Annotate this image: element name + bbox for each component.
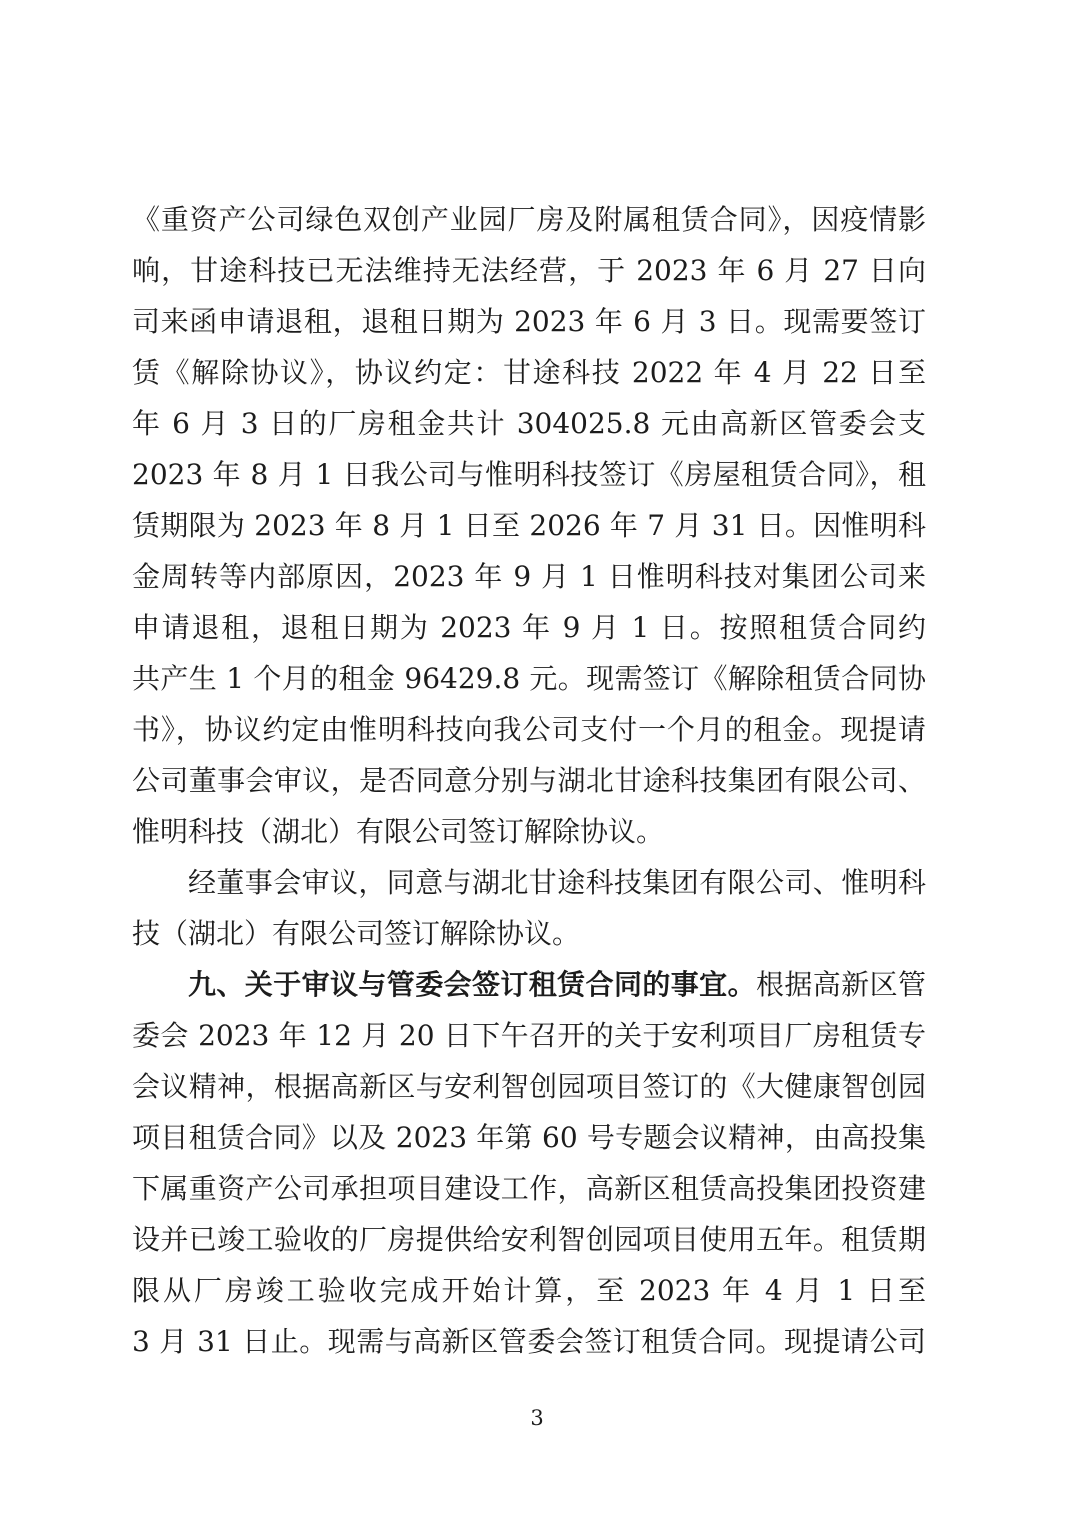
text-line: 项目租赁合同》以及 2023 年第 60 号专题会议精神，由高投集团 — [132, 1112, 926, 1163]
text-segment: 委会 2023 年 12 月 20 日下午召开的关于安利项目厂房租赁专题 — [132, 1019, 926, 1061]
text-segment: 下属重资产公司承担项目建设工作，高新区租赁高投集团投资建 — [132, 1172, 926, 1205]
text-segment: 司来函申请退租，退租日期为 2023 年 6 月 3 日。现需要签订租 — [132, 305, 926, 347]
text-segment: 2023 年 8 月 1 日我公司与惟明科技签订《房屋租赁合同》，租 — [132, 458, 926, 491]
text-segment: 设并已竣工验收的厂房提供给安利智创园项目使用五年。租赁期 — [132, 1223, 926, 1256]
text-line: 九、关于审议与管委会签订租赁合同的事宜。根据高新区管 — [132, 959, 926, 1010]
text-segment: 书》，协议约定由惟明科技向我公司支付一个月的租金。现提请 — [132, 713, 926, 746]
text-segment: 经董事会审议，同意与湖北甘途科技集团有限公司、惟明科 — [188, 866, 926, 899]
text-line: 响，甘途科技已无法维持无法经营，于 2023 年 6 月 27 日向我公 — [132, 245, 926, 296]
text-segment: 根据高新区管 — [756, 968, 926, 1001]
text-segment: 3 月 31 日止。现需与高新区管委会签订租赁合同。现提请公司 — [132, 1325, 926, 1358]
text-line: 技（湖北）有限公司签订解除协议。 — [132, 908, 926, 959]
text-line: 年 6 月 3 日的厂房租金共计 304025.8 元由高新区管委会支付。 — [132, 398, 926, 449]
heading-text-segment: 九、关于审议与管委会签订租赁合同的事宜。 — [188, 968, 756, 1001]
page-background: 《重资产公司绿色双创产业园厂房及附属租赁合同》，因疫情影响，甘途科技已无法维持无… — [0, 0, 1074, 1520]
text-segment: 赁期限为 2023 年 8 月 1 日至 2026 年 7 月 31 日。因惟明… — [132, 509, 926, 551]
text-line: 3 月 31 日止。现需与高新区管委会签订租赁合同。现提请公司 — [132, 1316, 926, 1367]
text-line: 《重资产公司绿色双创产业园厂房及附属租赁合同》，因疫情影 — [132, 194, 926, 245]
text-segment: 金周转等内部原因，2023 年 9 月 1 日惟明科技对集团公司来函 — [132, 560, 926, 602]
text-segment: 赁《解除协议》，协议约定：甘途科技 2022 年 4 月 22 日至 2023 — [132, 356, 926, 398]
text-line: 惟明科技（湖北）有限公司签订解除协议。 — [132, 806, 926, 857]
text-line: 经董事会审议，同意与湖北甘途科技集团有限公司、惟明科 — [132, 857, 926, 908]
text-line: 司来函申请退租，退租日期为 2023 年 6 月 3 日。现需要签订租 — [132, 296, 926, 347]
text-line: 2023 年 8 月 1 日我公司与惟明科技签订《房屋租赁合同》，租 — [132, 449, 926, 500]
text-segment: 响，甘途科技已无法维持无法经营，于 2023 年 6 月 27 日向我公 — [132, 254, 926, 296]
text-line: 金周转等内部原因，2023 年 9 月 1 日惟明科技对集团公司来函 — [132, 551, 926, 602]
document-text-block: 《重资产公司绿色双创产业园厂房及附属租赁合同》，因疫情影响，甘途科技已无法维持无… — [132, 194, 926, 1367]
text-segment: 惟明科技（湖北）有限公司签订解除协议。 — [132, 815, 664, 848]
text-line: 书》，协议约定由惟明科技向我公司支付一个月的租金。现提请 — [132, 704, 926, 755]
text-line: 下属重资产公司承担项目建设工作，高新区租赁高投集团投资建 — [132, 1163, 926, 1214]
text-line: 申请退租，退租日期为 2023 年 9 月 1 日。按照租赁合同约定， — [132, 602, 926, 653]
text-line: 共产生 1 个月的租金 96429.8 元。现需签订《解除租赁合同协议 — [132, 653, 926, 704]
text-line: 会议精神，根据高新区与安利智创园项目签订的《大健康智创园 — [132, 1061, 926, 1112]
text-segment: 共产生 1 个月的租金 96429.8 元。现需签订《解除租赁合同协议 — [132, 662, 926, 704]
text-segment: 会议精神，根据高新区与安利智创园项目签订的《大健康智创园 — [132, 1070, 926, 1103]
page-number: 3 — [0, 1403, 1074, 1433]
text-segment: 公司董事会审议，是否同意分别与湖北甘途科技集团有限公司、 — [132, 764, 926, 797]
text-segment: 限从厂房竣工验收完成开始计算，至 2023 年 4 月 1 日至 2028 年 — [132, 1274, 926, 1316]
text-segment: 申请退租，退租日期为 2023 年 9 月 1 日。按照租赁合同约定， — [132, 611, 926, 653]
text-segment: 项目租赁合同》以及 2023 年第 60 号专题会议精神，由高投集团 — [132, 1121, 926, 1163]
text-segment: 技（湖北）有限公司签订解除协议。 — [132, 917, 580, 950]
text-segment: 年 6 月 3 日的厂房租金共计 304025.8 元由高新区管委会支付。 — [132, 407, 926, 449]
text-segment: 《重资产公司绿色双创产业园厂房及附属租赁合同》，因疫情影 — [132, 203, 926, 236]
text-line: 限从厂房竣工验收完成开始计算，至 2023 年 4 月 1 日至 2028 年 — [132, 1265, 926, 1316]
text-line: 赁《解除协议》，协议约定：甘途科技 2022 年 4 月 22 日至 2023 — [132, 347, 926, 398]
text-line: 委会 2023 年 12 月 20 日下午召开的关于安利项目厂房租赁专题 — [132, 1010, 926, 1061]
text-line: 赁期限为 2023 年 8 月 1 日至 2026 年 7 月 31 日。因惟明… — [132, 500, 926, 551]
text-line: 设并已竣工验收的厂房提供给安利智创园项目使用五年。租赁期 — [132, 1214, 926, 1265]
document-page: { "page": { "background": "#ffffff", "te… — [0, 0, 1074, 1520]
text-line: 公司董事会审议，是否同意分别与湖北甘途科技集团有限公司、 — [132, 755, 926, 806]
